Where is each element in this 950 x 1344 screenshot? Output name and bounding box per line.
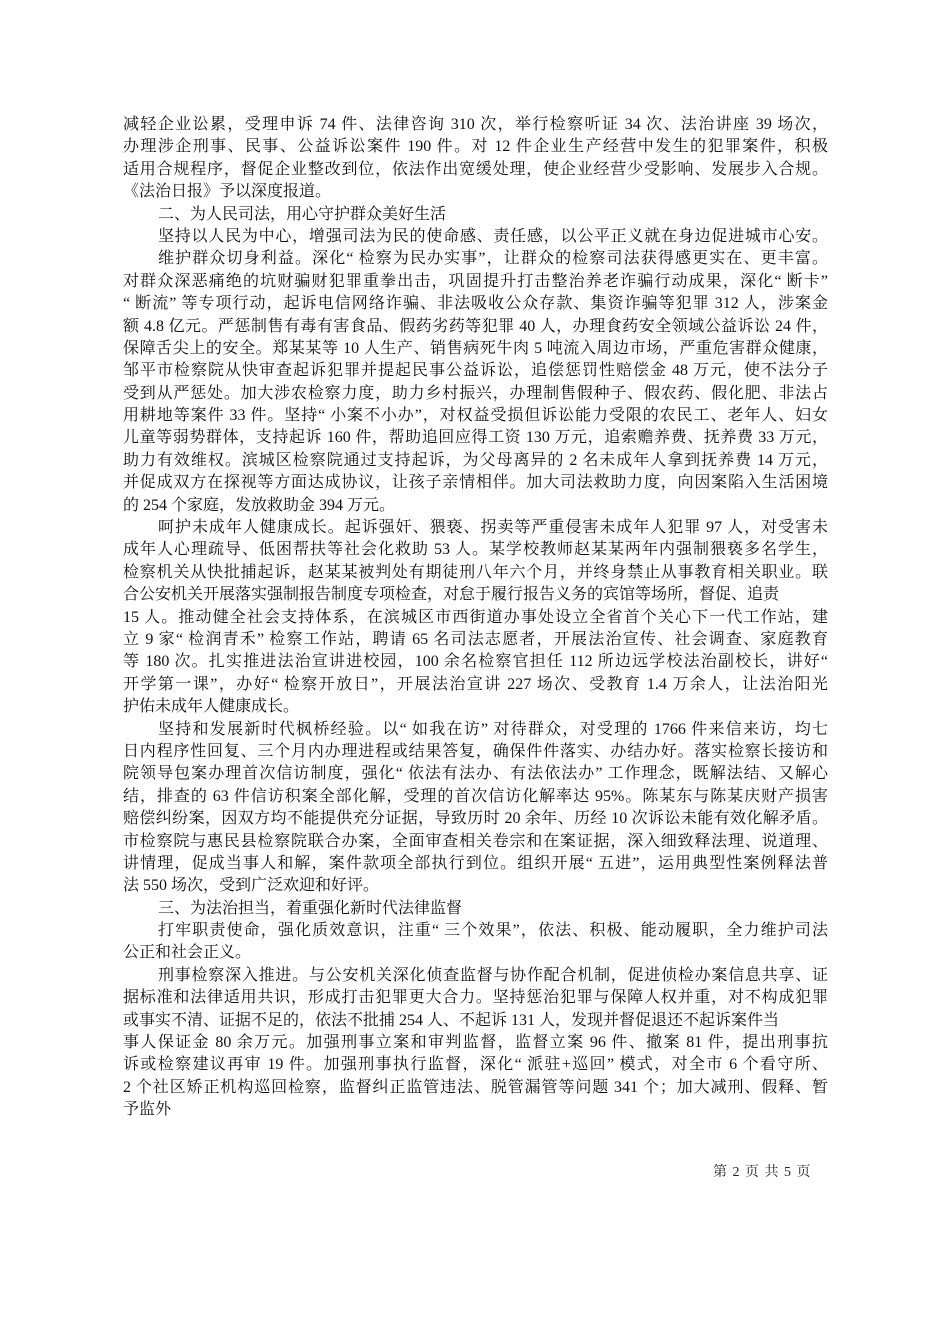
paragraph: 打牢职责使命，强化质效意识，注重“ 三个效果”，依法、积极、能动履职，全力维护司… <box>123 920 828 965</box>
text-line: 市检察院与惠民县检察院联合办案，全面审查相关卷宗和在案证据，深入细致释法理、说道… <box>123 831 828 853</box>
text-line: 15 人。推动健全社会支持体系，在滨城区市西街道办事处设立全省首个关心下一代工作… <box>123 607 828 629</box>
text-line: “ 断流” 等专项行动，起诉电信网络诈骗、非法吸收公众存款、集资诈骗等犯罪 31… <box>123 293 828 315</box>
text-line: 并促成双方在探视等方面达成协议，让孩子亲情相伴。加大司法救助力度，向因案陷入生活… <box>123 472 828 494</box>
section-heading-3: 三、为法治担当，着重强化新时代法律监督 <box>123 898 828 920</box>
text-line: 呵护未成年人健康成长。起诉强奸、猥亵、拐卖等严重侵害未成年人犯罪 97 人，对受… <box>123 517 828 539</box>
text-line: 事人保证金 80 余万元。加强刑事立案和审判监督，监督立案 96 件、撤案 81… <box>123 1032 828 1054</box>
text-line: 用耕地等案件 33 件。坚持“ 小案不小办”，对权益受损但诉讼能力受限的农民工、… <box>123 405 828 427</box>
text-line: 赔偿纠纷案，因双方均不能提供充分证据，导致历时 20 余年、历经 10 次诉讼未… <box>123 808 828 830</box>
section-heading: 三、为法治担当，着重强化新时代法律监督 <box>123 898 828 920</box>
text-line: 减轻企业讼累，受理申诉 74 件、法律咨询 310 次，举行检察听证 34 次、… <box>123 114 828 136</box>
paragraph: 坚持以人民为中心，增强司法为民的使命感、责任感，以公平正义就在身边促进城市心安。 <box>123 226 828 248</box>
text-line: 据标准和法律适用共识，形成打击犯罪更大合力。坚持惩治犯罪与保障人权并重，对不构成… <box>123 987 828 1009</box>
text-line: 对群众深恶痛绝的坑财骗财犯罪重拳出击，巩固提升打击整治养老诈骗行动成果，深化“ … <box>123 271 828 293</box>
text-line: 坚持和发展新时代枫桥经验。以“ 如我在访” 对待群众，对受理的 1766 件来信… <box>123 719 828 741</box>
text-line: 坚持以人民为中心，增强司法为民的使命感、责任感，以公平正义就在身边促进城市心安。 <box>123 226 828 248</box>
paragraph-continuation: 减轻企业讼累，受理申诉 74 件、法律咨询 310 次，举行检察听证 34 次、… <box>123 114 828 204</box>
text-line: 开学第一课”，办好“ 检察开放日”，开展法治宣讲 227 场次、受教育 1.4 … <box>123 674 828 696</box>
text-line: 合公安机关开展落实强制报告制度专项检查，对怠于履行报告义务的宾馆等场所，督促、追… <box>123 584 828 606</box>
text-line: 打牢职责使命，强化质效意识，注重“ 三个效果”，依法、积极、能动履职，全力维护司… <box>123 920 828 942</box>
text-line: 讲情理，促成当事人和解，案件款项全部执行到位。组织开展“ 五进”，运用典型性案例… <box>123 853 828 875</box>
page-number: 第 2 页 共 5 页 <box>713 1161 812 1181</box>
text-line: 儿童等弱势群体，支持起诉 160 件，帮助追回应得工资 130 万元，追索赡养费… <box>123 427 828 449</box>
paragraph: 维护群众切身利益。深化“ 检察为民办实事”，让群众的检察司法获得感更实在、更丰富… <box>123 248 828 517</box>
text-line: 结，排查的 63 件信访积案全部化解，受理的首次信访化解率达 95%。陈某东与陈… <box>123 786 828 808</box>
text-line: 适用合规程序，督促企业整改到位，依法作出宽缓处理，使企业经营少受影响、发展步入合… <box>123 159 828 181</box>
paragraph: 坚持和发展新时代枫桥经验。以“ 如我在访” 对待群众，对受理的 1766 件来信… <box>123 719 828 898</box>
text-line: 助力有效维权。滨城区检察院通过支持起诉，为父母离异的 2 名未成年人拿到抚养费 … <box>123 450 828 472</box>
text-line: 法 550 场次，受到广泛欢迎和好评。 <box>123 875 828 897</box>
paragraph: 刑事检察深入推进。与公安机关深化侦查监督与协作配合机制，促进侦检办案信息共享、证… <box>123 965 828 1122</box>
text-line: 予监外 <box>123 1099 828 1121</box>
text-line: 日内程序性回复、三个月内办理进程或结果答复，确保件件落实、办结办好。落实检察长接… <box>123 741 828 763</box>
document-body: 减轻企业讼累，受理申诉 74 件、法律咨询 310 次，举行检察听证 34 次、… <box>123 114 828 1122</box>
text-line: 诉或检察建议再审 19 件。加强刑事执行监督，深化“ 派驻+巡回” 模式，对全市… <box>123 1054 828 1076</box>
text-line: 额 4.8 亿元。严惩制售有毒有害食品、假药劣药等犯罪 40 人，办理食药安全领… <box>123 316 828 338</box>
document-page: 减轻企业讼累，受理申诉 74 件、法律咨询 310 次，举行检察听证 34 次、… <box>0 0 950 1344</box>
text-line: 或事实不清、证据不足的，依法不批捕 254 人、不起诉 131 人，发现并督促退… <box>123 1010 828 1032</box>
text-line: 办理涉企刑事、民事、公益诉讼案件 190 件。对 12 件企业生产经营中发生的犯… <box>123 136 828 158</box>
text-line: 护佑未成年人健康成长。 <box>123 696 828 718</box>
text-line: 2 个社区矫正机构巡回检察，监督纠正监管违法、脱管漏管等问题 341 个；加大减… <box>123 1077 828 1099</box>
paragraph: 呵护未成年人健康成长。起诉强奸、猥亵、拐卖等严重侵害未成年人犯罪 97 人，对受… <box>123 517 828 719</box>
section-heading-2: 二、为人民司法，用心守护群众美好生活 <box>123 204 828 226</box>
text-line: 维护群众切身利益。深化“ 检察为民办实事”，让群众的检察司法获得感更实在、更丰富… <box>123 248 828 270</box>
text-line: 院领导包案办理首次信访制度，强化“ 依法有法办、有法依法办” 工作理念，既解法结… <box>123 763 828 785</box>
text-line: 保障舌尖上的安全。郑某某等 10 人生产、销售病死牛肉 5 吨流入周边市场，严重… <box>123 338 828 360</box>
text-line: 等 180 次。扎实推进法治宣讲进校园，100 余名检察官担任 112 所边远学… <box>123 651 828 673</box>
text-line: 成年人心理疏导、低困帮扶等社会化救助 53 人。某学校教师赵某某两年内强制猥亵多… <box>123 539 828 561</box>
text-line: 公正和社会正义。 <box>123 942 828 964</box>
text-line: 刑事检察深入推进。与公安机关深化侦查监督与协作配合机制，促进侦检办案信息共享、证 <box>123 965 828 987</box>
text-line: 邹平市检察院从快审查起诉犯罪并提起民事公益诉讼，追偿惩罚性赔偿金 48 万元，使… <box>123 360 828 382</box>
section-heading: 二、为人民司法，用心守护群众美好生活 <box>123 204 828 226</box>
text-line: 《法治日报》予以深度报道。 <box>123 181 828 203</box>
text-line: 的 254 个家庭，发放救助金 394 万元。 <box>123 495 828 517</box>
text-line: 检察机关从快批捕起诉，赵某某被判处有期徒刑八年六个月，并终身禁止从事教育相关职业… <box>123 562 828 584</box>
text-line: 受到从严惩处。加大涉农检察力度，助力乡村振兴，办理制售假种子、假农药、假化肥、非… <box>123 383 828 405</box>
text-line: 立 9 家“ 检润青禾” 检察工作站，聘请 65 名司法志愿者，开展法治宣传、社… <box>123 629 828 651</box>
